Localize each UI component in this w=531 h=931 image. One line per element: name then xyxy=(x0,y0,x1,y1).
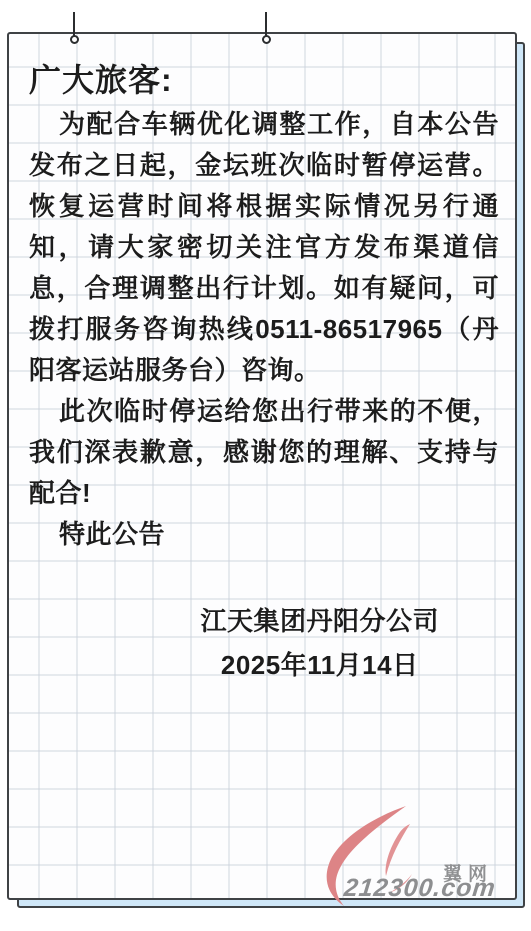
pin-needle xyxy=(73,12,75,37)
pin-needle xyxy=(265,12,267,37)
signature-organization: 江天集团丹阳分公司 xyxy=(200,599,439,643)
pin-icon xyxy=(262,12,271,46)
notice-paragraph-2: 此次临时停运给您出行带来的不便，我们深表歉意，感谢您的理解、支持与配合! xyxy=(29,391,499,514)
pin-head xyxy=(70,35,79,44)
salutation: 广大旅客: xyxy=(29,60,499,100)
pin-head xyxy=(262,35,271,44)
notice-page: 广大旅客: 为配合车辆优化调整工作，自本公告发布之日起，金坛班次临时暂停运营。恢… xyxy=(0,0,531,931)
notice-paragraph-1: 为配合车辆优化调整工作，自本公告发布之日起，金坛班次临时暂停运营。恢复运营时间将… xyxy=(29,104,499,391)
signature-block: 江天集团丹阳分公司 2025年11月14日 xyxy=(200,599,439,687)
notice-card: 广大旅客: 为配合车辆优化调整工作，自本公告发布之日起，金坛班次临时暂停运营。恢… xyxy=(7,32,517,900)
pin-icon xyxy=(70,12,79,46)
signature-date: 2025年11月14日 xyxy=(200,643,439,687)
notice-closing: 特此公告 xyxy=(29,514,499,555)
